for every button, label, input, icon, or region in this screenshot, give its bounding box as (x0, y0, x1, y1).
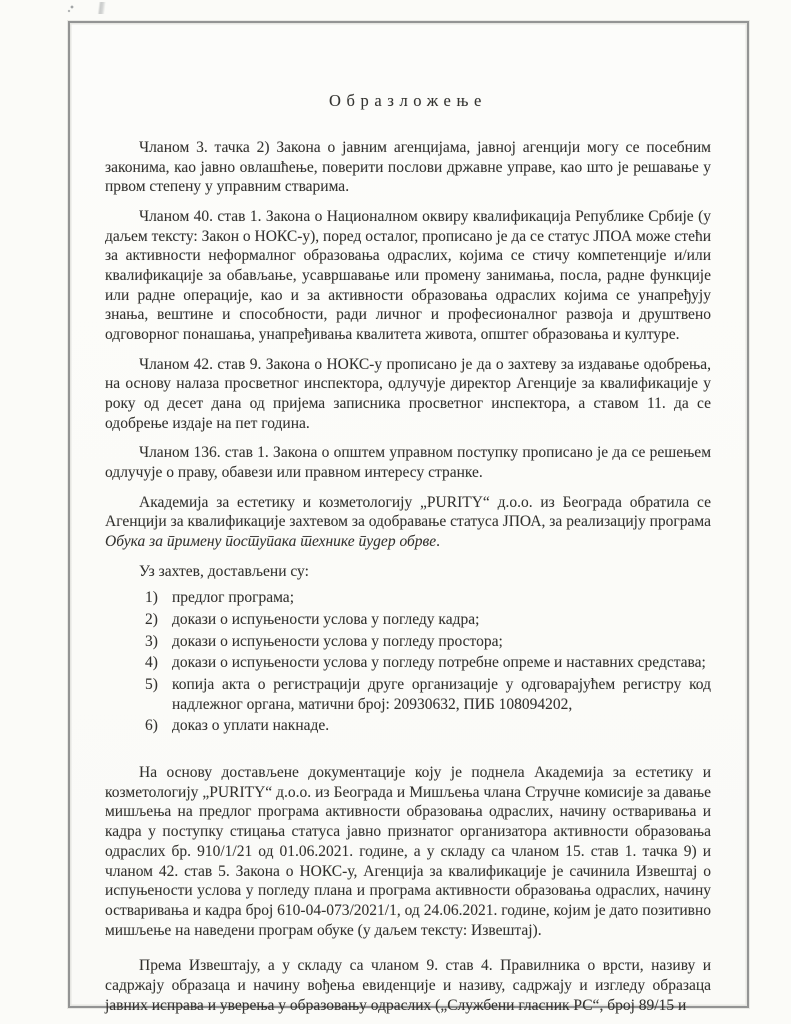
list-item-3: 3) докази о испуњености услова у погледу… (145, 632, 711, 652)
list-item-4: 4) докази о испуњености услова у погледу… (145, 653, 711, 673)
scan-artifact (66, 2, 136, 14)
list-item-text: докази о испуњености услова у погледу пр… (172, 632, 711, 652)
paragraph-request: Академија за естетику и козметологију „P… (105, 493, 711, 552)
list-item-text: докази о испуњености услова у погледу ка… (172, 610, 711, 630)
list-item-6: 6) доказ о уплати накнаде. (145, 716, 711, 736)
paragraph-law-public-agencies: Чланом 3. тачка 2) Закона о јавним агенц… (105, 138, 711, 197)
list-item-number: 2) (145, 610, 172, 630)
attachments-list: 1) предлог програма; 2) докази о испуњен… (145, 588, 711, 736)
paragraph-zup-article-136: Чланом 136. став 1. Закона о општем упра… (105, 443, 711, 482)
paragraph-rulebook: Према Извештају, а у складу са чланом 9.… (105, 956, 711, 1015)
list-item-2: 2) докази о испуњености услова у погледу… (145, 610, 711, 630)
page-border-frame: Образложење Чланом 3. тачка 2) Закона о … (68, 21, 749, 1008)
attachments-intro: Уз захтев, достављени су: (105, 562, 711, 582)
list-item-text: копија акта о регистрацији друге организ… (172, 675, 711, 714)
list-item-number: 6) (145, 716, 172, 736)
list-item-number: 4) (145, 653, 172, 673)
list-item-text: докази о испуњености услова у погледу по… (172, 653, 711, 673)
paragraph-noks-article-40: Чланом 40. став 1. Закона о Националном … (105, 207, 711, 345)
request-text: Академија за естетику и козметологију „P… (105, 494, 711, 531)
list-item-5: 5) копија акта о регистрацији друге орга… (145, 675, 711, 714)
paragraph-noks-article-42: Чланом 42. став 9. Закона о НОКС-у пропи… (105, 355, 711, 434)
list-item-1: 1) предлог програма; (145, 588, 711, 608)
list-item-text: предлог програма; (172, 588, 711, 608)
list-item-number: 1) (145, 588, 172, 608)
paragraph-report-basis: На основу достављене документације коју … (105, 763, 711, 940)
program-name-italic: Обука за примену поступака технике пудер… (105, 533, 436, 550)
document-heading: Образложење (105, 91, 711, 111)
request-suffix: . (436, 533, 440, 550)
list-item-number: 3) (145, 632, 172, 652)
list-item-number: 5) (145, 675, 172, 714)
list-item-text: доказ о уплати накнаде. (172, 716, 711, 736)
